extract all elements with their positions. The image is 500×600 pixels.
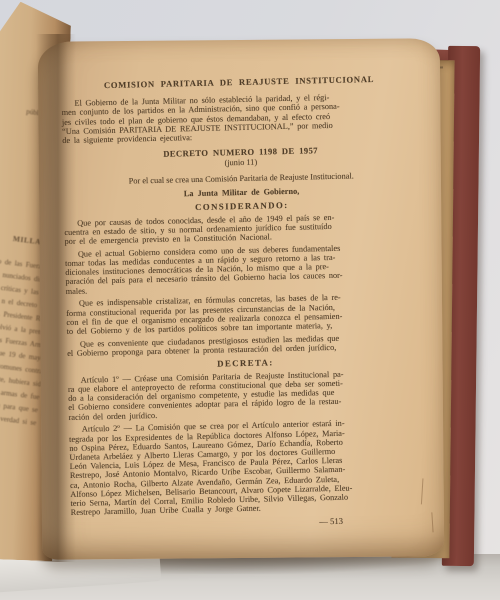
book-photo-scene: regueros deantiguosmandos, paragia ellos… [0,0,500,600]
article-paragraphs: Artículo 1º — Créase una Comisión Parita… [68,368,427,518]
page-title: COMISION PARITARIA DE REAJUSTE INSTITUCI… [61,74,417,91]
right-page: COMISION PARITARIA DE REAJUSTE INSTITUCI… [38,38,445,559]
page-content: COMISION PARITARIA DE REAJUSTE INSTITUCI… [61,74,427,532]
intro-paragraph: El Gobierno de la Junta Militar no sólo … [61,91,418,145]
gutter-crease-shadow [36,34,76,562]
considerando-paragraphs: Que por causas de todos conocidas, desde… [64,211,423,358]
page-crack [431,512,433,532]
page-number: — 513 [71,515,427,532]
